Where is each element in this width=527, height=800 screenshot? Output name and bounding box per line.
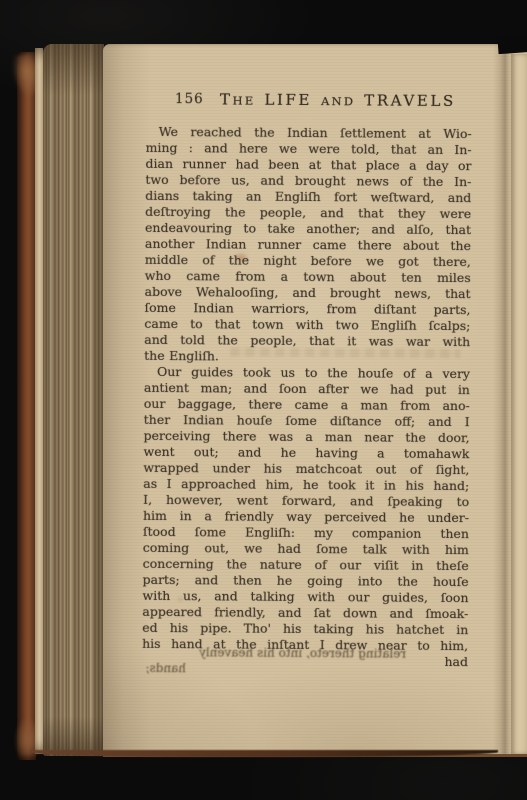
showthrough-smudge: [230, 348, 460, 358]
showthrough-text-line: relating thereto, into his heavenly: [144, 645, 406, 661]
running-title-part: HE: [233, 93, 256, 107]
running-title-part: LIFE: [264, 91, 312, 109]
page-corner-shadow: [497, 36, 527, 54]
running-title-part: AND: [321, 94, 355, 108]
printed-text-block: 156 THELIFEANDTRAVELS We reached the Ind…: [142, 89, 472, 670]
page-body: We reached the Indian ſettlement at Wio-…: [142, 124, 472, 654]
page-edge-highlight: [35, 48, 43, 754]
book-spine: [17, 52, 36, 760]
book-scan-photo: 156 THELIFEANDTRAVELS We reached the Ind…: [0, 0, 527, 800]
running-header: 156 THELIFEANDTRAVELS: [146, 89, 472, 111]
running-title: THELIFEANDTRAVELS: [220, 89, 456, 110]
underlying-page-edge: [511, 54, 527, 754]
showthrough-text-line: hands;: [142, 661, 186, 675]
catchword: had: [444, 654, 468, 669]
page-number: 156: [175, 91, 204, 107]
stacked-page-edges: [43, 44, 104, 756]
running-title-part: T: [220, 90, 233, 108]
running-title-part: TRAVELS: [364, 91, 456, 110]
